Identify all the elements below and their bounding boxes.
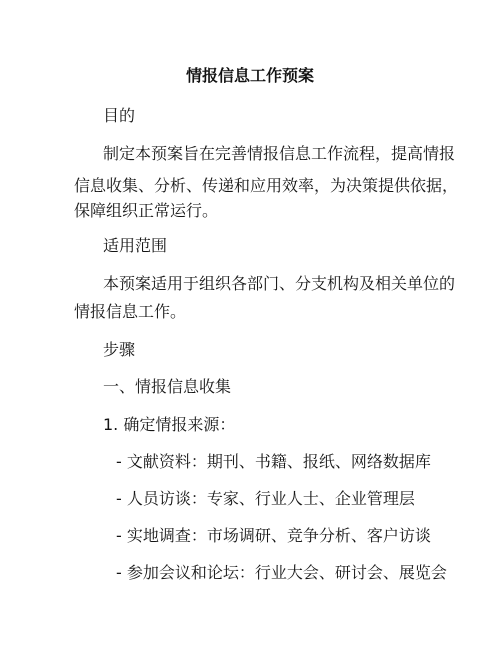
section-heading-scope: 适用范围 [103,236,167,256]
bullet-item: - 实地调查：市场调研、竞争分析、客户访谈 [116,526,431,546]
purpose-paragraph-line-1: 制定本预案旨在完善情报信息工作流程，提高情报 [103,144,455,164]
steps-subheading-collection: 一、情报信息收集 [103,377,231,397]
bullet-item: - 参加会议和论坛：行业大会、研讨会、展览会 [116,563,447,583]
purpose-paragraph-line-2: 信息收集、分析、传递和应用效率，为决策提供依据， [74,176,458,196]
document-page: 情报信息工作预案 目的 制定本预案旨在完善情报信息工作流程，提高情报 信息收集、… [0,0,500,647]
steps-item-1: 1. 确定情报来源： [103,415,235,435]
section-heading-purpose: 目的 [103,106,135,126]
scope-paragraph-line-2: 情报信息工作。 [74,302,186,322]
scope-paragraph-line-1: 本预案适用于组织各部门、分支机构及相关单位的 [103,274,455,294]
section-heading-steps: 步骤 [103,340,135,360]
bullet-item: - 人员访谈：专家、行业人士、企业管理层 [116,489,415,509]
document-title: 情报信息工作预案 [0,66,500,86]
bullet-item: - 文献资料：期刊、书籍、报纸、网络数据库 [116,452,431,472]
purpose-paragraph-line-3: 保障组织正常运行。 [74,201,218,221]
